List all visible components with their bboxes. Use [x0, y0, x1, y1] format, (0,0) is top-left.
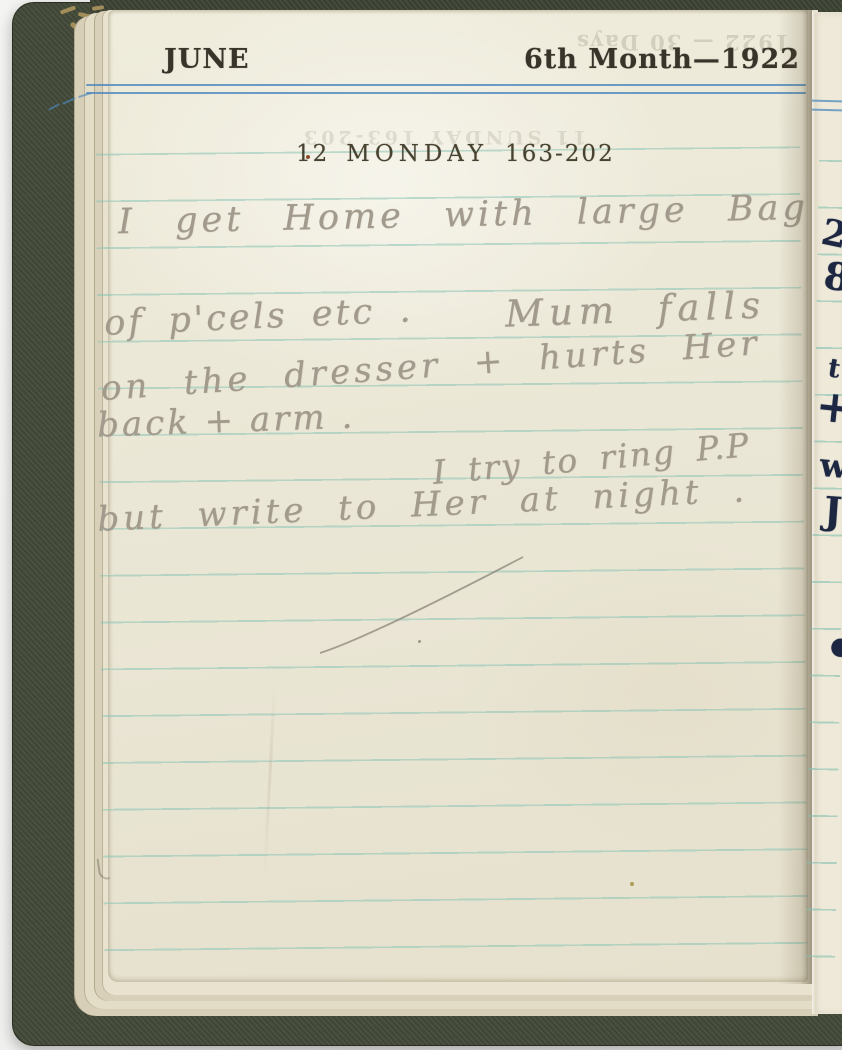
month-label: JUNE — [164, 44, 250, 75]
ink-fragment: J — [823, 491, 842, 530]
ink-fragment: + — [814, 384, 842, 432]
month-year-label: 6th Month—1922 — [524, 44, 800, 75]
date-day-range: 163-202 — [505, 141, 615, 167]
date-day: 12 — [296, 141, 329, 167]
date-heading: 12 MONDAY 163-202 — [296, 141, 615, 167]
header-rule-bottom — [86, 92, 806, 94]
paper-speck — [418, 640, 421, 643]
pencil-slash-mark — [300, 545, 540, 665]
header-rule-top — [86, 84, 806, 86]
handwriting-line: back + arm . — [96, 400, 355, 443]
paper-speck — [306, 155, 310, 159]
ink-fragment: w — [819, 449, 842, 483]
diary-photo-scene: 1922 — 30 Days 11 SUNDAY 163-203 JUNE 6t… — [0, 0, 842, 1050]
paper-speck — [630, 882, 634, 886]
date-weekday: MONDAY — [346, 141, 488, 167]
ink-fragment: ● — [830, 634, 842, 658]
